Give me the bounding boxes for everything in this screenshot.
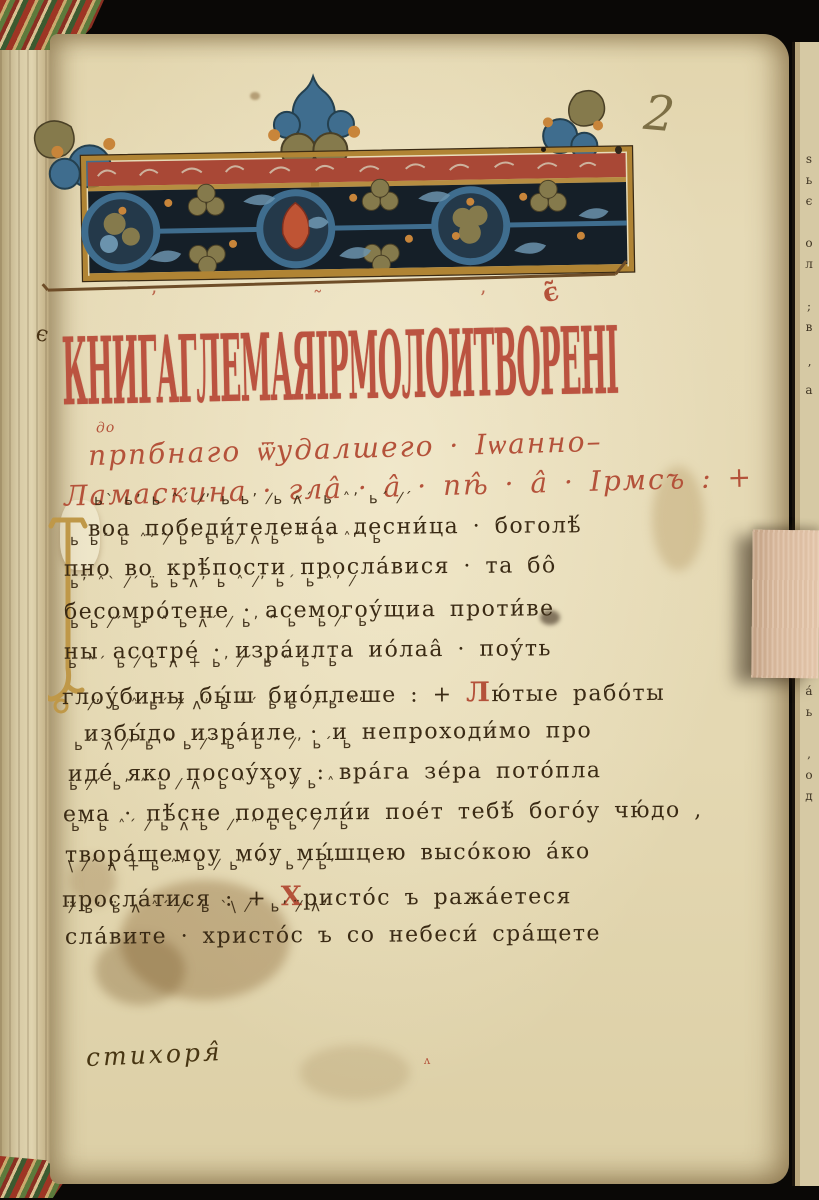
small-red-mark: ʌ	[424, 1054, 430, 1067]
neume-row: ь ь ⁄ˊ ьʼ ˄ ь ʌˊ ⁄ ьʼ ˄̈ ьˊ ь ⁄ʼ ь	[70, 612, 370, 632]
neume-row: ь ˄ˊ ь ⁄ ь̈ ʌ + ьʼ ⁄ˊ ь ˄ ьʼ ь	[68, 652, 340, 672]
chant-text: ю́тые рабо́ты	[491, 681, 665, 707]
title-vyaz-text: КНИГАГЛЕМАЯІРМОЛОИТВОРЕНІ	[61, 306, 619, 427]
footer-catchword: стихоря̂	[85, 1037, 223, 1072]
neume-row: ь ⁄ˊ ьʼ ˄ ь̈ ⁄ ʌʼ ь ˄ˊ ьʼ ⁄ ь ˄	[69, 774, 338, 794]
manuscript-photo: Т є ʼ ˜ ʼ КНИГАГЛЕМАЯІРМОЛОИТВОРЕНІ є̃ д…	[0, 0, 819, 1200]
bleedthrough-glyphs-top: ѕьє ол ;в ʼа	[802, 152, 816, 532]
neume-row: ьˋ ьʼ ь ˄ˊ ⁄ʼ ь ьʼ ⁄ь ʌˊ ь ˄ʼ ьˊ ⁄ˊ	[94, 489, 415, 509]
chant-text: ристо́с ъ ража́етеся	[303, 884, 572, 911]
neume-row: \ ⁄ˊ ʌ + ь ˄ʼ ь̈ ⁄ ьʼ ˄ˊ ь ⁄ ьʼ	[68, 855, 338, 875]
red-initial: Л	[466, 677, 492, 708]
title-vyaz: КНИГАГЛЕМАЯІРМОЛОИТВОРЕНІ	[61, 307, 583, 420]
neume-row: ьʼ ь ˄ˊ ⁄ ь ʌ̈ ьˊ ⁄ʼ ˄ ь ьʼ ⁄ˊ ь	[71, 815, 351, 835]
stain	[300, 1045, 410, 1100]
folio-number: 2	[642, 85, 677, 143]
neume-row: ⁄̈ ьʼ ь̈ ʌ ˄ˊ ⁄ʼ ь ˋ\ ⁄ˊ ьʼ ⁄̈ ʌʼ	[71, 897, 331, 917]
neume-row: ⁄ʼ ь ˄ ьˊ ⁄̈ ʌʼ ь ˄ˊ ь ьʼ ⁄ ь ˄ʼ	[90, 694, 366, 714]
neume-row: ьʼ ˄ˋ ⁄ˊ ь̈ ь ʌʼ ь ˄ ⁄ʼ ьˊ ь ˄ʼ ⁄	[70, 572, 357, 592]
title-superscripts: ʼ ˜ ʼ	[150, 286, 580, 310]
rubric-superscript: до	[96, 420, 116, 437]
neume-row: ьˊ ʌ ⁄ʼ ь ˄̈ ь ⁄ˊ ьʼ ь ˄ ⁄ʼ ьˊ ь	[74, 734, 354, 754]
ink-speck	[541, 147, 546, 152]
bleedthrough-glyphs-bottom: а́ь ,од	[802, 684, 816, 824]
chant-line: сла́вите · христо́с ъ со небеси́ сра́щет…	[65, 921, 601, 950]
ink-dot	[615, 146, 622, 154]
neume-row: ь ьˊ ь ˄ʼ ⁄̈ ьʼ ь ь⁄ ʌ ьʼ ˄ ьʼ ˄ˊ ь	[70, 529, 384, 549]
wooden-support-tab	[751, 530, 819, 679]
headpiece-ornament	[16, 64, 660, 305]
chant-text: сла́вите · христо́с ъ со небеси́ сра́щет…	[65, 921, 601, 950]
